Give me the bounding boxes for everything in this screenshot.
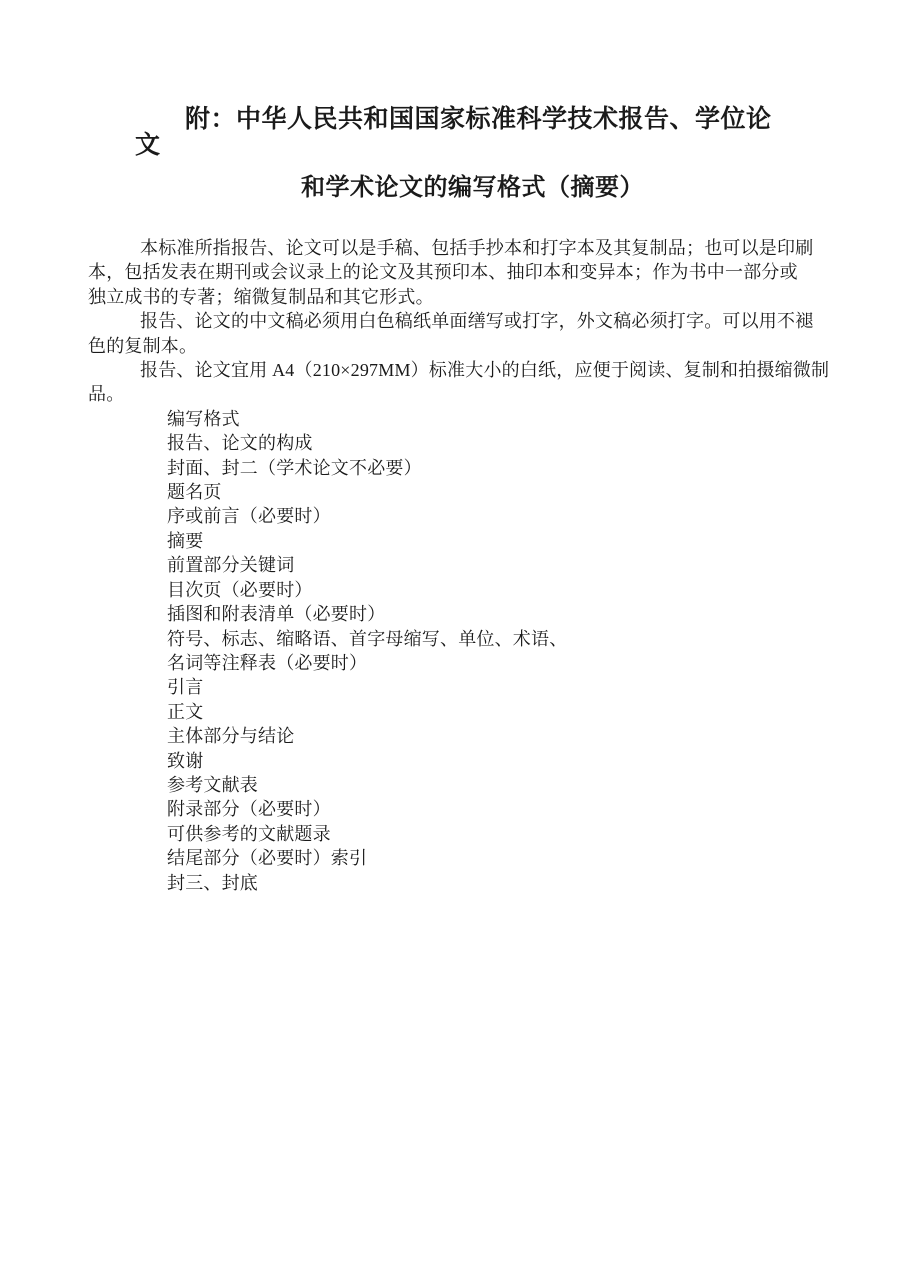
paragraph-line: 报告、论文的中文稿必须用白色稿纸单面缮写或打字，外文稿必须打字。可以用不褪 (88, 309, 848, 333)
outline-item: 插图和附表清单（必要时） (88, 602, 848, 626)
outline-item: 报告、论文的构成 (88, 431, 848, 455)
outline-item: 结尾部分（必要时）索引 (88, 846, 848, 870)
outline-item: 前置部分关键词 (88, 553, 848, 577)
outline-item: 符号、标志、缩略语、首字母缩写、单位、术语、 (88, 627, 848, 651)
outline-item: 致谢 (88, 749, 848, 773)
outline-item: 正文 (88, 700, 848, 724)
document-title: 附：中华人民共和国国家标准科学技术报告、学位论 文 (135, 106, 835, 158)
outline-item: 封三、封底 (88, 871, 848, 895)
paragraph-line: 报告、论文宜用 A4（210×297MM）标准大小的白纸，应便于阅读、复制和拍摄… (88, 358, 848, 382)
paragraph-line: 独立成书的专著；缩微复制品和其它形式。 (88, 285, 848, 309)
outline-item: 编写格式 (88, 407, 848, 431)
paragraph-line: 品。 (88, 382, 848, 406)
paragraph-line: 色的复制本。 (88, 334, 848, 358)
outline-item: 附录部分（必要时） (88, 797, 848, 821)
outline-item: 目次页（必要时） (88, 578, 848, 602)
outline-item: 参考文献表 (88, 773, 848, 797)
outline-item: 序或前言（必要时） (88, 504, 848, 528)
outline-item: 引言 (88, 675, 848, 699)
outline-item: 封面、封二（学术论文不必要） (88, 456, 848, 480)
outline-item: 名词等注释表（必要时） (88, 651, 848, 675)
outline-item: 摘要 (88, 529, 848, 553)
outline-item: 主体部分与结论 (88, 724, 848, 748)
document-body: 本标准所指报告、论文可以是手稿、包括手抄本和打字本及其复制品；也可以是印刷 本，… (88, 236, 848, 895)
document-subtitle: 和学术论文的编写格式（摘要） (90, 175, 855, 201)
title-line-1: 附：中华人民共和国国家标准科学技术报告、学位论 (135, 106, 835, 132)
paragraph-line: 本，包括发表在期刊或会议录上的论文及其预印本、抽印本和变异本；作为书中一部分或 (88, 260, 848, 284)
document-page: 附：中华人民共和国国家标准科学技术报告、学位论 文 和学术论文的编写格式（摘要）… (0, 0, 905, 1280)
paragraph-line: 本标准所指报告、论文可以是手稿、包括手抄本和打字本及其复制品；也可以是印刷 (88, 236, 848, 260)
title-line-2: 文 (135, 132, 835, 158)
outline-item: 可供参考的文献题录 (88, 822, 848, 846)
outline-item: 题名页 (88, 480, 848, 504)
